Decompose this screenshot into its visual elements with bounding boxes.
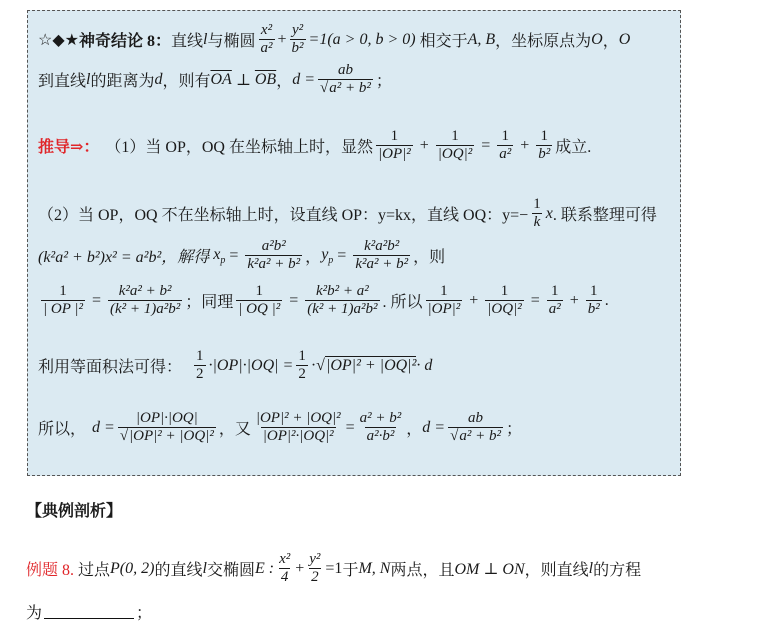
plus: + bbox=[420, 137, 429, 155]
text: 与椭圆 bbox=[207, 28, 255, 51]
text: ，则有 bbox=[162, 68, 210, 91]
text: ， bbox=[276, 68, 292, 91]
plus: + bbox=[469, 292, 478, 310]
text: ； bbox=[376, 68, 392, 91]
fraction: k²a² + b²(k² + 1)a²b² bbox=[108, 283, 182, 319]
fraction: a² + b²a²·b² bbox=[358, 410, 404, 446]
vector-OB: OB bbox=[255, 71, 276, 89]
equals: = bbox=[346, 419, 355, 437]
plus: + bbox=[278, 31, 287, 49]
vector-OA: OA bbox=[211, 71, 232, 89]
fraction: x²a² bbox=[259, 22, 275, 58]
fraction: 1b² bbox=[586, 283, 602, 319]
section-heading: 【典例剖析】 bbox=[26, 498, 122, 521]
example-label: 例题 8. bbox=[26, 557, 74, 580]
text: ，又 bbox=[219, 416, 251, 439]
text: （2）当 OP，OQ 不在坐标轴上时，设直线 OP：y=kx，直线 OQ：y=− bbox=[38, 202, 528, 225]
text: 所以， bbox=[38, 416, 86, 439]
points-MN: M, N bbox=[358, 560, 390, 578]
d-equals: d = bbox=[92, 419, 115, 437]
star-diamond-icons: ☆◆★ bbox=[38, 30, 79, 50]
origin-O: O bbox=[619, 31, 631, 49]
equals: = bbox=[481, 137, 490, 155]
text: 的直线 bbox=[154, 557, 202, 580]
text: 利用等面积法可得： bbox=[38, 354, 182, 377]
text: ；同理 bbox=[185, 289, 233, 312]
text: . bbox=[605, 292, 609, 310]
fraction: 12 bbox=[296, 348, 308, 384]
plus: + bbox=[570, 292, 579, 310]
text: 交椭圆 bbox=[207, 557, 255, 580]
point-P: P(0, 2) bbox=[110, 560, 154, 578]
d-equals: d = bbox=[422, 419, 445, 437]
derivation-line-1: 推导⇒： （1）当 OP，OQ 在坐标轴上时，显然 1|OP|² + 1|OQ|… bbox=[38, 128, 591, 164]
var-x: x bbox=[546, 205, 553, 223]
fraction: k²a²b²k²a² + b² bbox=[353, 238, 410, 274]
condition: OM ⊥ ON bbox=[454, 559, 524, 579]
fraction: 1|OQ|² bbox=[436, 128, 474, 164]
fraction: ab√a² + b² bbox=[318, 62, 373, 98]
fraction: 1b² bbox=[536, 128, 552, 164]
equation-rhs: =1(a > 0, b > 0) bbox=[309, 31, 416, 49]
example-line-1: 例题 8. 过点 P(0, 2) 的直线 l 交椭圆 E : x²4 + y²2… bbox=[26, 551, 641, 587]
equals: = bbox=[337, 247, 346, 265]
text: 到直线 bbox=[38, 68, 86, 91]
plus: + bbox=[295, 560, 304, 578]
text: . 联系整理可得 bbox=[553, 202, 657, 225]
text: ，则直线 bbox=[525, 557, 589, 580]
text: ， bbox=[603, 28, 619, 51]
equation-end: · d bbox=[416, 357, 432, 375]
equation: (k²a² + b²)x² = a²b²，解得 bbox=[38, 244, 209, 267]
conclusion-line-1: ☆◆★ 神奇结论 8： 直线 l 与椭圆 x²a² + y²b² =1(a > … bbox=[38, 22, 630, 58]
conclusion-title: 神奇结论 8： bbox=[79, 28, 171, 51]
equals: = bbox=[531, 292, 540, 310]
text: ， bbox=[305, 244, 321, 267]
points-AB: A, B bbox=[468, 31, 496, 49]
derivation-line-2: （2）当 OP，OQ 不在坐标轴上时，设直线 OP：y=kx，直线 OQ：y=−… bbox=[38, 196, 657, 232]
fraction: y²b² bbox=[290, 22, 306, 58]
fraction: 12 bbox=[194, 348, 206, 384]
answer-blank[interactable] bbox=[44, 604, 134, 619]
text: ； bbox=[506, 416, 522, 439]
text: ， bbox=[406, 416, 422, 439]
derivation-label: 推导⇒： bbox=[38, 134, 99, 157]
fraction: 1a² bbox=[547, 283, 563, 319]
text: 相交于 bbox=[420, 28, 468, 51]
text: 为 bbox=[26, 600, 42, 623]
text: （1）当 OP，OQ 在坐标轴上时，显然 bbox=[105, 134, 373, 157]
derivation-line-4: 1| OP |² = k²a² + b²(k² + 1)a²b² ；同理 1| … bbox=[38, 283, 609, 319]
fraction: 1a² bbox=[497, 128, 513, 164]
equals: = bbox=[229, 247, 238, 265]
var-d: d bbox=[154, 71, 162, 89]
equals: = bbox=[92, 292, 101, 310]
conclusion-line-2: 到直线 l 的距离为 d ，则有 OA ⊥ OB ， d = ab√a² + b… bbox=[38, 62, 392, 98]
text: 成立. bbox=[555, 134, 591, 157]
fraction: |OP|·|OQ|√|OP|² + |OQ|² bbox=[118, 410, 216, 446]
text: 的方程 bbox=[593, 557, 641, 580]
fraction: y²2 bbox=[307, 551, 322, 587]
derivation-line-3: (k²a² + b²)x² = a²b²，解得 xp = a²b²k²a² + … bbox=[38, 238, 445, 274]
plus: + bbox=[520, 137, 529, 155]
text: ； bbox=[136, 600, 152, 623]
equation-lhs: ·|OP|·|OQ| = bbox=[209, 357, 294, 375]
equals: = bbox=[289, 292, 298, 310]
fraction: 1|OP|² bbox=[426, 283, 463, 319]
d-equals: d = bbox=[292, 71, 315, 89]
fraction: x²4 bbox=[277, 551, 292, 587]
text: . 所以 bbox=[383, 289, 423, 312]
fraction: 1|OP|² bbox=[376, 128, 413, 164]
fraction: k²b² + a²(k² + 1)a²b² bbox=[305, 283, 379, 319]
derivation-line-5: 利用等面积法可得： 12 ·|OP|·|OQ| = 12 ·√|OP|² + |… bbox=[38, 348, 432, 384]
text: 两点，且 bbox=[390, 557, 454, 580]
text: ，坐标原点为 bbox=[495, 28, 591, 51]
equation-rhs: =1 bbox=[325, 560, 342, 578]
var-xp: xp bbox=[213, 246, 225, 266]
fraction: 1k bbox=[531, 196, 543, 232]
ellipse-E: E : bbox=[255, 560, 274, 578]
sqrt-expression: ·√|OP|² + |OQ|² bbox=[311, 357, 417, 375]
perp-symbol: ⊥ bbox=[236, 70, 251, 90]
text: 过点 bbox=[78, 557, 110, 580]
fraction: 1| OQ |² bbox=[236, 283, 282, 319]
example-line-2: 为 ； bbox=[26, 600, 152, 623]
fraction: 1|OQ|² bbox=[485, 283, 523, 319]
text: 直线 bbox=[171, 28, 203, 51]
text: 的距离为 bbox=[90, 68, 154, 91]
fraction: a²b²k²a² + b² bbox=[245, 238, 302, 274]
var-yp: yp bbox=[321, 246, 333, 266]
text: 于 bbox=[342, 557, 358, 580]
text: ，则 bbox=[413, 244, 445, 267]
derivation-line-6: 所以， d = |OP|·|OQ|√|OP|² + |OQ|² ，又 |OP|²… bbox=[38, 410, 522, 446]
fraction: ab√a² + b² bbox=[448, 410, 503, 446]
fraction: 1| OP |² bbox=[41, 283, 85, 319]
fraction: |OP|² + |OQ|²|OP|²·|OQ|² bbox=[254, 410, 343, 446]
origin-O: O bbox=[591, 31, 603, 49]
